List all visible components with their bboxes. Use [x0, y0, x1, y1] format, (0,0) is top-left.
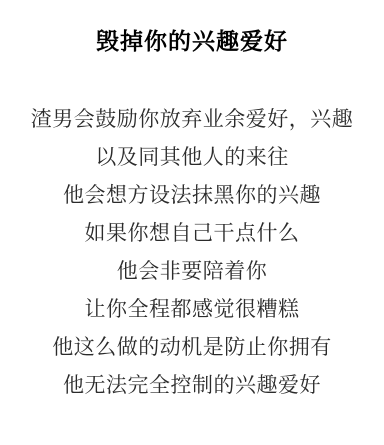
body-line: 以及同其他人的来往 [0, 139, 384, 177]
body-text-block: 渣男会鼓励你放弃业余爱好，兴趣 以及同其他人的来往 他会想方设法抹黑你的兴趣 如… [0, 101, 384, 405]
text-card: 毁掉你的兴趣爱好 渣男会鼓励你放弃业余爱好，兴趣 以及同其他人的来往 他会想方设… [0, 0, 384, 445]
body-line: 他会非要陪着你 [0, 253, 384, 291]
body-line: 他这么做的动机是防止你拥有 [0, 329, 384, 367]
page-title: 毁掉你的兴趣爱好 [0, 0, 384, 56]
body-line: 渣男会鼓励你放弃业余爱好，兴趣 [0, 101, 384, 139]
body-line: 他无法完全控制的兴趣爱好 [0, 367, 384, 405]
body-line: 他会想方设法抹黑你的兴趣 [0, 177, 384, 215]
body-line: 如果你想自己干点什么 [0, 215, 384, 253]
body-line: 让你全程都感觉很糟糕 [0, 291, 384, 329]
